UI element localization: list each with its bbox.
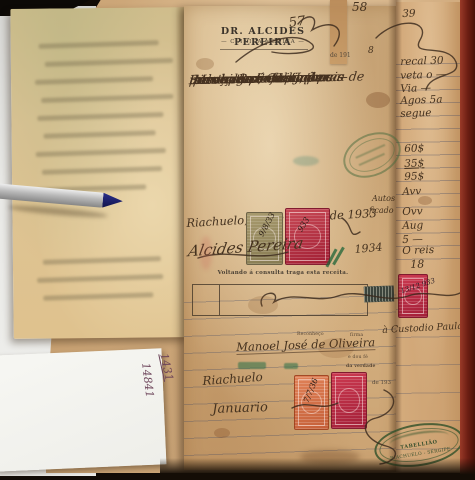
book-cover-edge xyxy=(460,0,475,480)
stamp-oval xyxy=(338,388,360,412)
photo-of-receipt-book: 1431 14841 DR. ALCIDES PEREIRA — CLINICA… xyxy=(0,0,475,480)
bleed-line xyxy=(41,94,173,103)
printed-da-verdade: da verdade xyxy=(346,364,376,369)
handwritten-number-top-right: 58 xyxy=(352,0,367,14)
spine-shadow xyxy=(388,0,402,472)
bleed-line xyxy=(43,292,153,300)
ledger-entry: O reis xyxy=(402,244,434,257)
facing-page-number: 39 xyxy=(402,8,416,20)
ledger-entry: Ovv xyxy=(402,205,423,218)
letterhead-rule xyxy=(220,49,308,50)
bleed-line xyxy=(39,40,159,49)
handwritten-year-1934: 1934 xyxy=(354,241,383,256)
bleed-line xyxy=(44,130,156,139)
ledger-entry: recal 30 xyxy=(400,54,444,68)
bleed-line xyxy=(36,148,166,157)
bottom-shadow xyxy=(160,458,475,480)
ledger-entry: veta o — xyxy=(400,68,447,82)
bleed-line xyxy=(42,166,162,175)
handwritten-page-number: 57 xyxy=(288,14,306,31)
revenue-stamp-red-2 xyxy=(331,372,367,429)
ledger-entry: Avv xyxy=(402,185,421,198)
letterhead-clinic-subtitle: — CLINICA MEDICA — xyxy=(190,39,336,45)
printed-dou-fe: e dou fé xyxy=(348,355,368,360)
bleed-line xyxy=(37,274,163,283)
bleed-line xyxy=(45,58,173,67)
handwritten-year-digit: 8 xyxy=(368,46,374,56)
facing-ledger-page: 39 recal 30 veta o — Via — Agos 5a segue… xyxy=(396,2,463,472)
receipt-line: Franço Barretto xyxy=(188,70,292,89)
teal-smudge xyxy=(293,156,319,166)
ledger-entry: Via — xyxy=(400,82,431,95)
printed-notice: Voltando á consulta traga esta receita. xyxy=(202,270,364,276)
green-ink-smudge xyxy=(238,362,266,369)
ledger-entry: Agos 5a xyxy=(400,94,443,107)
ledger-amount: 95$ xyxy=(404,170,424,183)
ledger-entry: Aug xyxy=(402,219,423,232)
printed-date-line: de 191 xyxy=(330,52,351,59)
ledger-amount-18: 18 xyxy=(410,258,424,271)
loose-yellowed-sheet xyxy=(10,7,188,339)
form-box xyxy=(192,284,368,316)
receipt-body: Recebi do Sr. Luiz Apua- Menezes, a impo… xyxy=(189,68,387,72)
form-box-divider xyxy=(219,285,220,315)
bleed-line xyxy=(37,112,163,121)
bleed-line xyxy=(43,256,161,265)
ledger-amount: 35$ xyxy=(404,157,424,170)
handwritten-name-2: Januario xyxy=(212,400,268,417)
bleed-line xyxy=(35,76,153,85)
ledger-entry: segue xyxy=(400,107,432,120)
green-ink-smudge xyxy=(284,363,298,369)
receipt-document: DR. ALCIDES PEREIRA — CLINICA MEDICA — d… xyxy=(184,6,398,470)
ledger-amount: 60$ xyxy=(404,142,424,155)
